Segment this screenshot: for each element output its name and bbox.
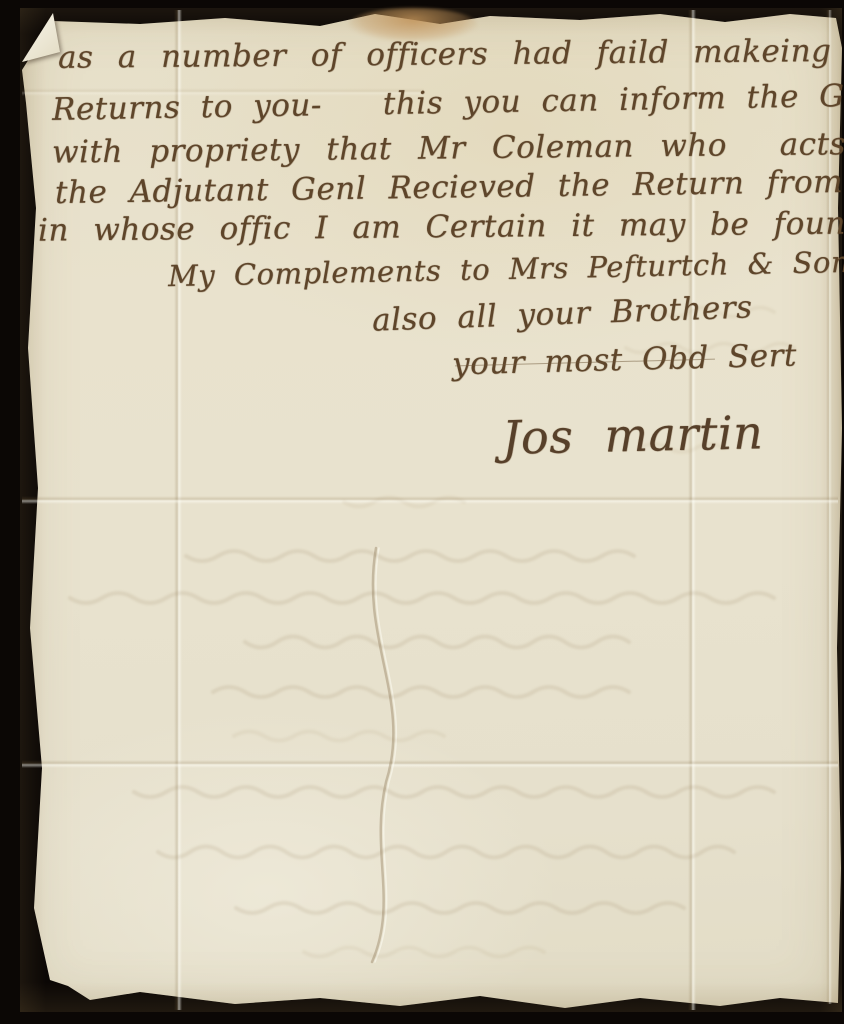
scanned-letter-page: { "letter": { "body_lines": [ "as a numb… bbox=[0, 0, 844, 1024]
letter-paper bbox=[20, 8, 842, 1012]
ink-specks bbox=[0, 0, 3, 3]
